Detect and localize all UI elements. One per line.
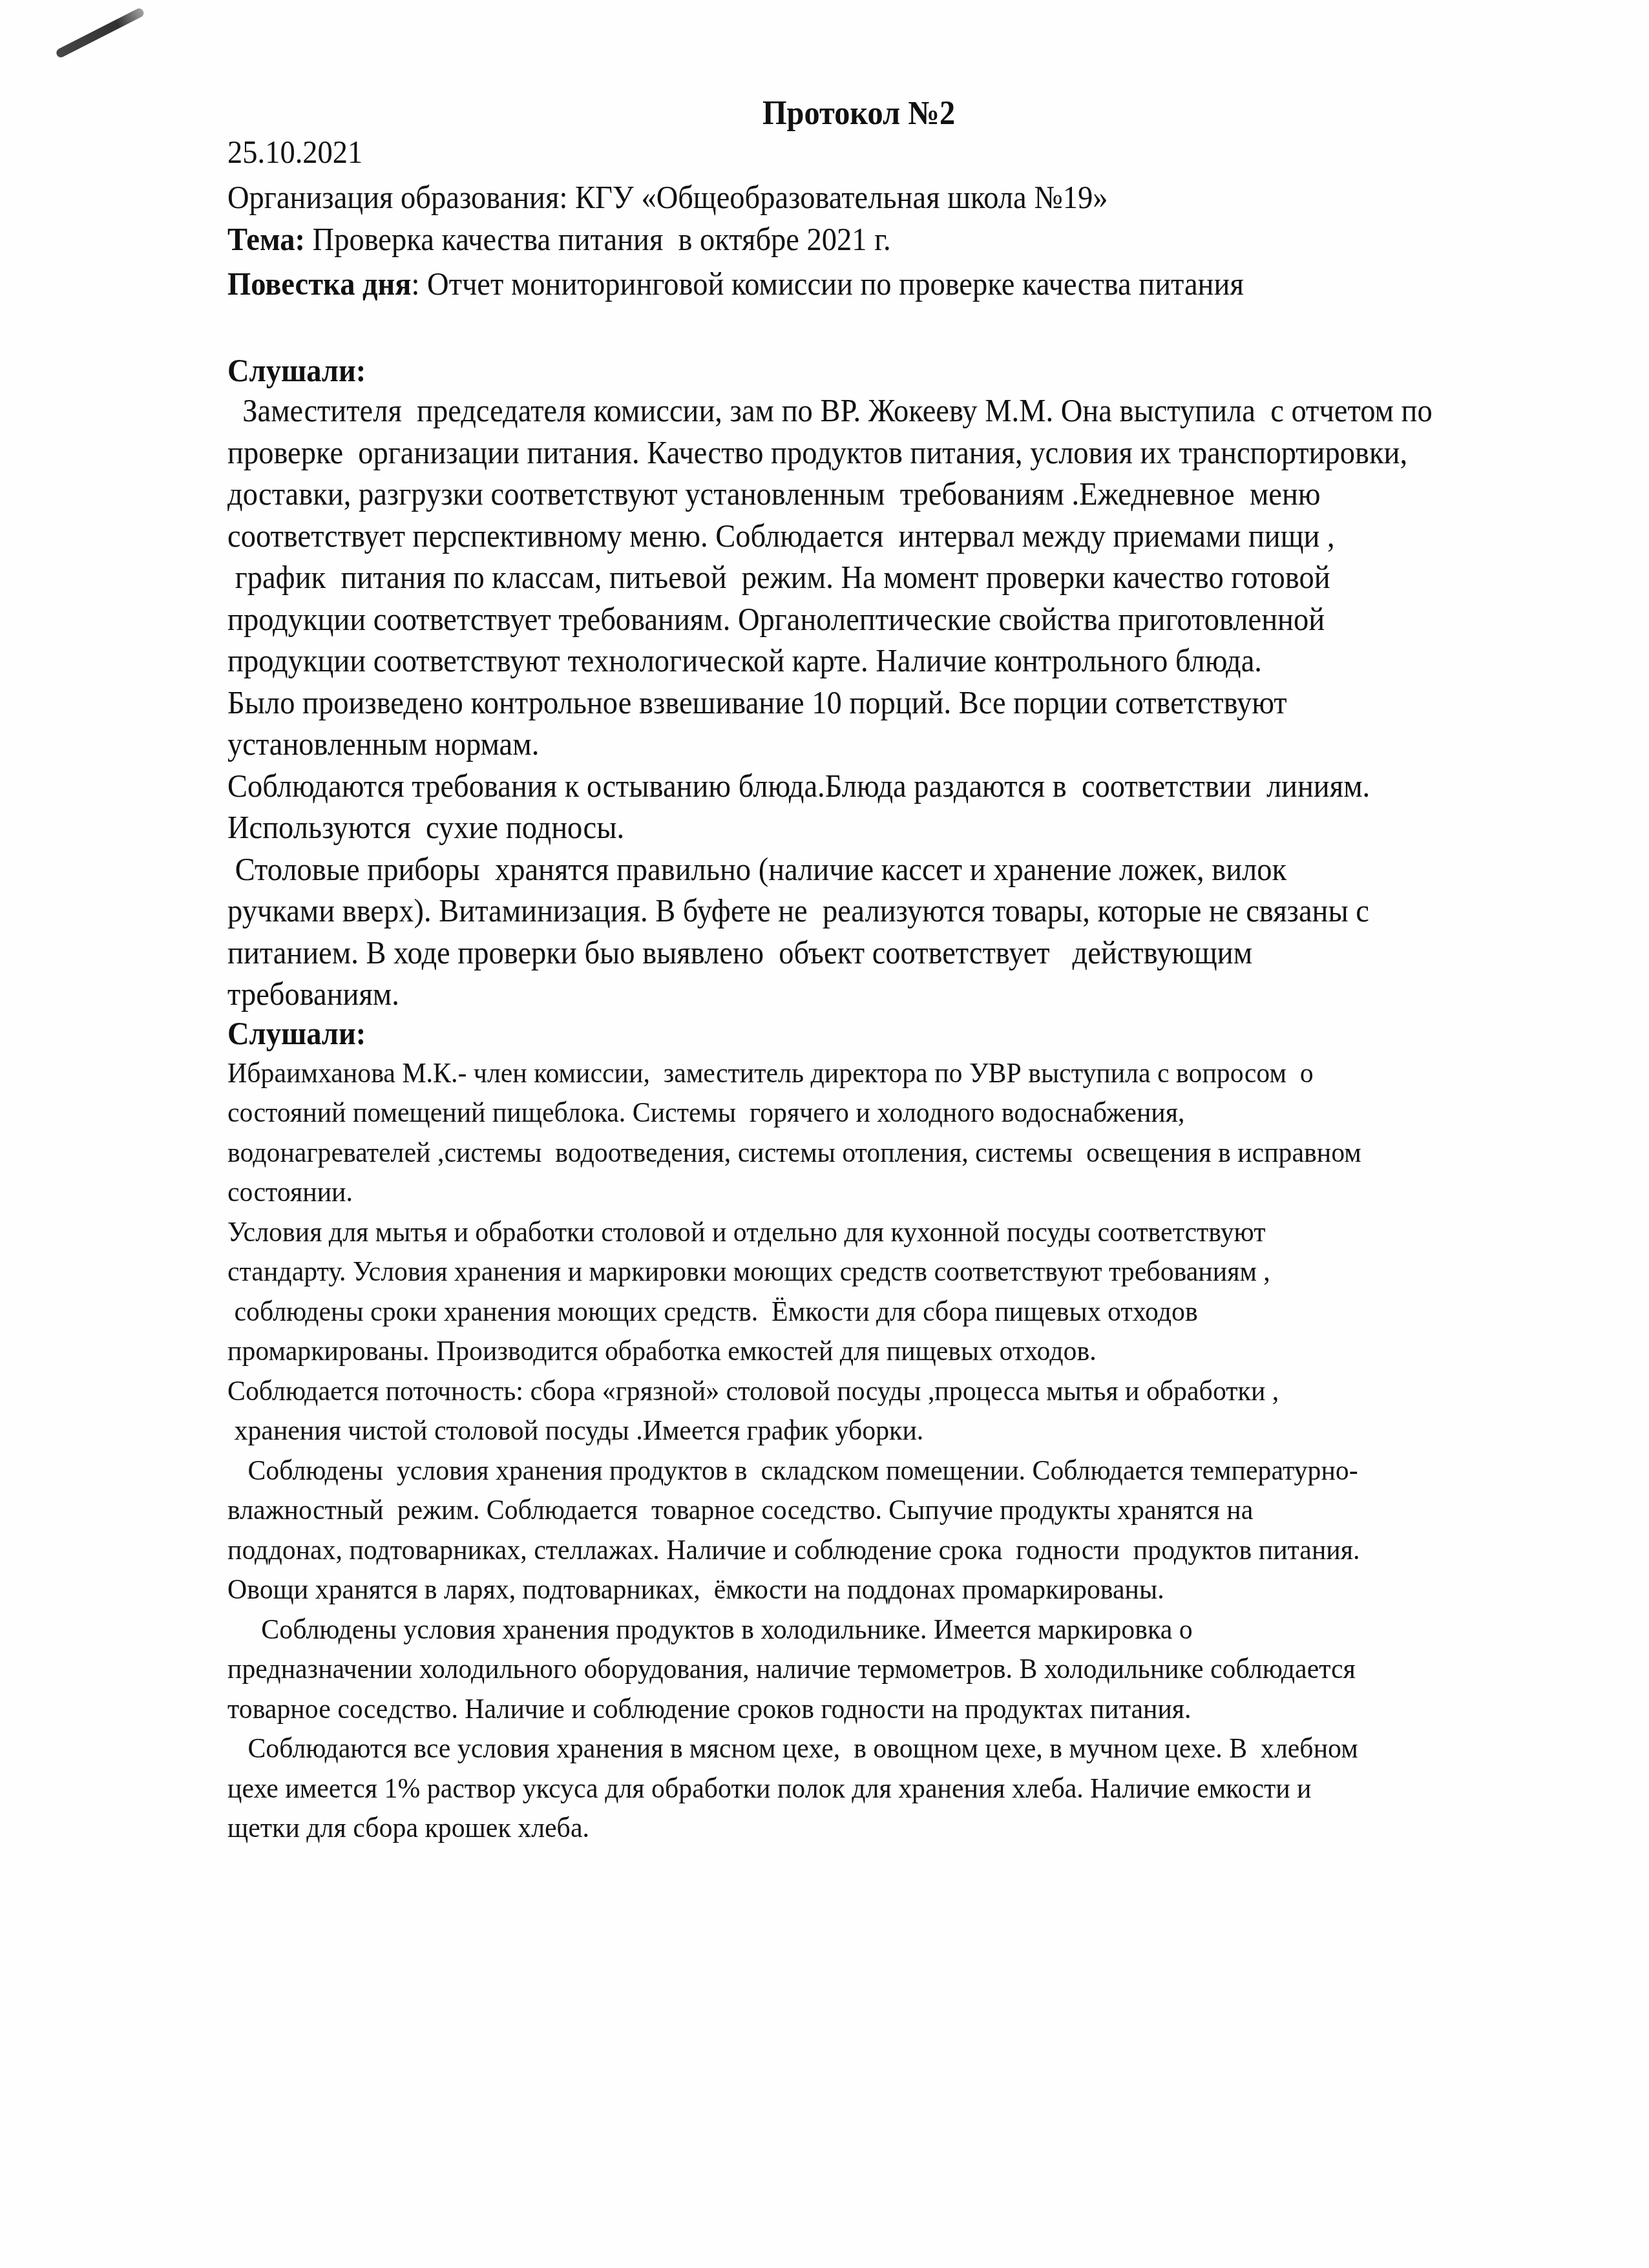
paragraph-line: питанием. В ходе проверки быо выявлено о…: [227, 936, 1252, 969]
paragraph-line: стандарту. Условия хранения и маркировки…: [227, 1257, 1270, 1286]
paragraph-line: Овощи хранятся в ларях, подтоварниках, ё…: [227, 1575, 1164, 1604]
paragraph-line: хранения чистой столовой посуды .Имеется…: [227, 1416, 923, 1445]
paragraph-line: Соблюдены условия хранения продуктов в х…: [227, 1615, 1193, 1644]
agenda-label: Повестка дня: [227, 266, 412, 302]
paragraph-line: проверке организации питания. Качество п…: [227, 436, 1407, 468]
paragraph-line: Соблюдается поточность: сбора «грязной» …: [227, 1376, 1279, 1405]
paragraph-line: цехе имеется 1% раствор уксуса для обраб…: [227, 1774, 1312, 1803]
document-date: 25.10.2021: [227, 136, 362, 168]
document-title: Протокол №2: [762, 97, 955, 131]
paragraph-line: товарное соседство. Наличие и соблюдение…: [227, 1694, 1192, 1723]
paragraph-line: Заместителя председателя комиссии, зам п…: [227, 394, 1433, 426]
paragraph-line: щетки для сбора крошек хлеба.: [227, 1813, 589, 1842]
organization-label: Организация образования:: [227, 179, 567, 215]
paragraph-line: Используются сухие подносы.: [227, 811, 624, 843]
paragraph-line: поддонах, подтоварниках, стеллажах. Нали…: [227, 1535, 1360, 1564]
paragraph-line: Соблюдаются все условия хранения в мясно…: [227, 1734, 1358, 1763]
paragraph-line: соответствует перспективному меню. Соблю…: [227, 520, 1335, 552]
paragraph-line: предназначении холодильного оборудования…: [227, 1654, 1356, 1683]
paragraph-line: продукции соответствует требованиям. Орг…: [227, 603, 1325, 635]
paragraph-line: Ибраимханова М.К.- член комиссии, замест…: [227, 1058, 1314, 1087]
paragraph-line: состояний помещений пищеблока. Системы г…: [227, 1098, 1184, 1127]
organization-line: Организация образования: КГУ «Общеобразо…: [227, 181, 1108, 213]
paragraph-line: водонагревателей ,системы водоотведения,…: [227, 1138, 1361, 1167]
paragraph-line: влажностный режим. Соблюдается товарное …: [227, 1495, 1253, 1524]
paragraph-line: промаркированы. Производится обработка е…: [227, 1336, 1097, 1365]
paragraph-line: Соблюдены условия хранения продуктов в с…: [227, 1456, 1358, 1485]
paragraph-line: продукции соответствуют технологической …: [227, 644, 1262, 677]
topic-value: Проверка качества питания в октябре 2021…: [305, 221, 891, 257]
paragraph-line: график питания по классам, питьевой режи…: [227, 561, 1330, 593]
paragraph-line: соблюдены сроки хранения моющих средств.…: [227, 1297, 1198, 1326]
paragraph-line: Соблюдаются требования к остыванию блюда…: [227, 770, 1370, 802]
organization-value: КГУ «Общеобразовательная школа №19»: [567, 179, 1108, 215]
paragraph-line: Столовые приборы хранятся правильно (нал…: [227, 853, 1287, 885]
topic-label: Тема:: [227, 221, 305, 257]
topic-line: Тема: Проверка качества питания в октябр…: [227, 223, 891, 255]
section2-heading: Слушали:: [227, 1017, 366, 1049]
agenda-value: : Отчет мониторинговой комиссии по прове…: [412, 266, 1244, 302]
paragraph-line: Условия для мытья и обработки столовой и…: [227, 1217, 1266, 1246]
paragraph-line: ручками вверх). Витаминизация. В буфете …: [227, 894, 1369, 927]
paragraph-line: состоянии.: [227, 1177, 353, 1206]
paragraph-line: доставки, разгрузки соответствуют устано…: [227, 478, 1321, 510]
paragraph-line: установленным нормам.: [227, 728, 539, 760]
document-page: Протокол №2 25.10.2021 Организация образ…: [0, 0, 1649, 2268]
section1-heading: Слушали:: [227, 354, 366, 386]
agenda-line: Повестка дня: Отчет мониторинговой комис…: [227, 268, 1244, 300]
paragraph-line: Было произведено контрольное взвешивание…: [227, 686, 1287, 719]
paragraph-line: требованиям.: [227, 978, 399, 1010]
staple-mark-icon: [55, 7, 145, 59]
